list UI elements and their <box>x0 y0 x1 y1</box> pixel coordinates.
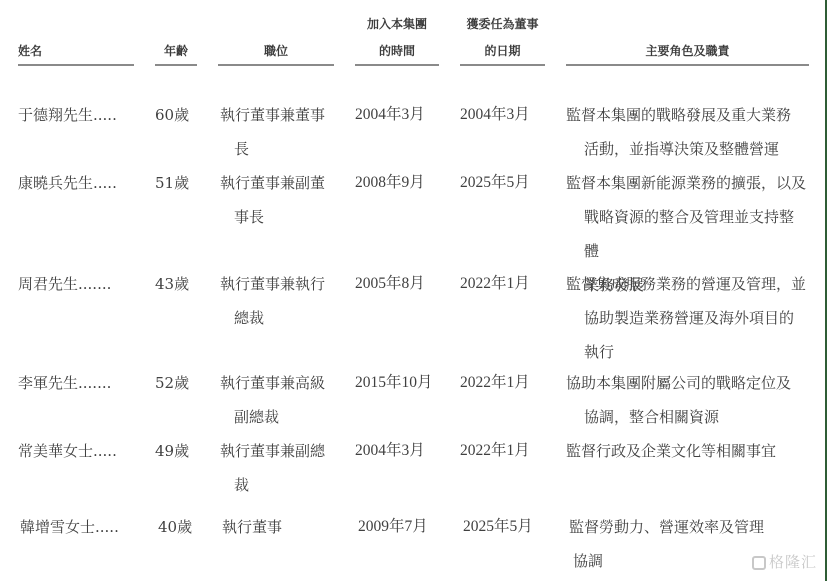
role-line: 協助製造業務營運及海外項目的 <box>566 301 806 335</box>
header-appointed-line1: 獲委任為董事 <box>460 11 545 38</box>
role-line: 監督勞動力、營運效率及管理 <box>569 510 809 544</box>
director-name: 李軍先生....... <box>18 366 143 400</box>
role-line: 監督集成服務業務的營運及管理，並 <box>566 267 806 301</box>
appointed-date: 2022年1月 <box>460 434 530 468</box>
header-rule-name <box>18 64 134 66</box>
header-rule-age <box>155 64 197 66</box>
joined-date: 2008年9月 <box>355 166 425 200</box>
position-line: 執行董事兼副總 <box>220 442 325 460</box>
role-line: 監督行政及企業文化等相關事宜 <box>566 434 806 468</box>
director-position: 執行董事兼高級 副總裁 <box>220 366 335 434</box>
position-line: 長 <box>220 132 335 166</box>
director-name: 于德翔先生..... <box>18 98 143 132</box>
appointed-date: 2022年1月 <box>460 366 530 400</box>
role-line: 活動，並指導決策及整體營運 <box>566 132 806 166</box>
director-position: 執行董事兼執行 總裁 <box>220 267 335 335</box>
header-appointed-line2: 的日期 <box>460 38 545 65</box>
header-rule-joined <box>355 64 439 66</box>
joined-date: 2015年10月 <box>355 366 433 400</box>
position-line: 執行董事兼高級 <box>220 374 325 392</box>
header-rule-role <box>566 64 809 66</box>
director-role: 監督本集團的戰略發展及重大業務 活動，並指導決策及整體營運 <box>566 98 806 166</box>
director-age: 40歲 <box>158 510 192 544</box>
appointed-date: 2025年5月 <box>460 166 530 200</box>
director-position: 執行董事兼董事 長 <box>220 98 335 166</box>
position-line: 裁 <box>220 468 335 502</box>
header-joined-line2: 的時間 <box>355 38 439 65</box>
appointed-date: 2025年5月 <box>463 510 533 544</box>
header-rule-appointed <box>460 64 545 66</box>
role-line: 協調，整合相關資源 <box>566 400 806 434</box>
appointed-date: 2022年1月 <box>460 267 530 301</box>
header-role: 主要角色及職責 <box>566 38 809 65</box>
position-line: 執行董事兼執行 <box>220 275 325 293</box>
position-line: 執行董事兼董事 <box>220 106 325 124</box>
role-line: 協助本集團附屬公司的戰略定位及 <box>566 366 806 400</box>
role-line: 執行 <box>566 335 806 369</box>
director-name: 常美華女士..... <box>18 434 143 468</box>
role-line: 戰略資源的整合及管理並支持整體 <box>566 200 806 268</box>
watermark-text: 格隆汇 <box>769 553 817 571</box>
header-name: 姓名 <box>18 38 134 65</box>
header-age: 年齡 <box>155 38 197 65</box>
role-line: 監督本集團新能源業務的擴張，以及 <box>566 166 806 200</box>
director-age: 43歲 <box>155 267 189 301</box>
position-line: 執行董事兼副董 <box>220 174 325 192</box>
header-rule-position <box>218 64 334 66</box>
director-position: 執行董事 <box>222 510 337 544</box>
position-line: 事長 <box>220 200 335 234</box>
joined-date: 2009年7月 <box>358 510 428 544</box>
joined-date: 2004年3月 <box>355 98 425 132</box>
header-position: 職位 <box>218 38 334 65</box>
page-edge-border <box>825 0 827 581</box>
director-name: 康曉兵先生..... <box>18 166 143 200</box>
position-line: 副總裁 <box>220 400 335 434</box>
joined-date: 2005年8月 <box>355 267 425 301</box>
appointed-date: 2004年3月 <box>460 98 530 132</box>
director-position: 執行董事兼副董 事長 <box>220 166 335 234</box>
director-age: 60歲 <box>155 98 189 132</box>
director-age: 52歲 <box>155 366 189 400</box>
director-name: 周君先生....... <box>18 267 143 301</box>
gelonghui-logo-icon <box>752 556 766 570</box>
director-role: 監督行政及企業文化等相關事宜 <box>566 434 806 468</box>
director-position: 執行董事兼副總 裁 <box>220 434 335 502</box>
director-role: 協助本集團附屬公司的戰略定位及 協調，整合相關資源 <box>566 366 806 434</box>
director-age: 51歲 <box>155 166 189 200</box>
director-name: 韓增雪女士..... <box>20 510 145 544</box>
director-role: 監督集成服務業務的營運及管理，並 協助製造業務營運及海外項目的 執行 <box>566 267 806 369</box>
position-line: 總裁 <box>220 301 335 335</box>
joined-date: 2004年3月 <box>355 434 425 468</box>
header-joined-line1: 加入本集團 <box>355 11 439 38</box>
director-age: 49歲 <box>155 434 189 468</box>
watermark: 格隆汇 <box>752 551 817 572</box>
role-line: 監督本集團的戰略發展及重大業務 <box>566 98 806 132</box>
position-line: 執行董事 <box>222 518 282 536</box>
